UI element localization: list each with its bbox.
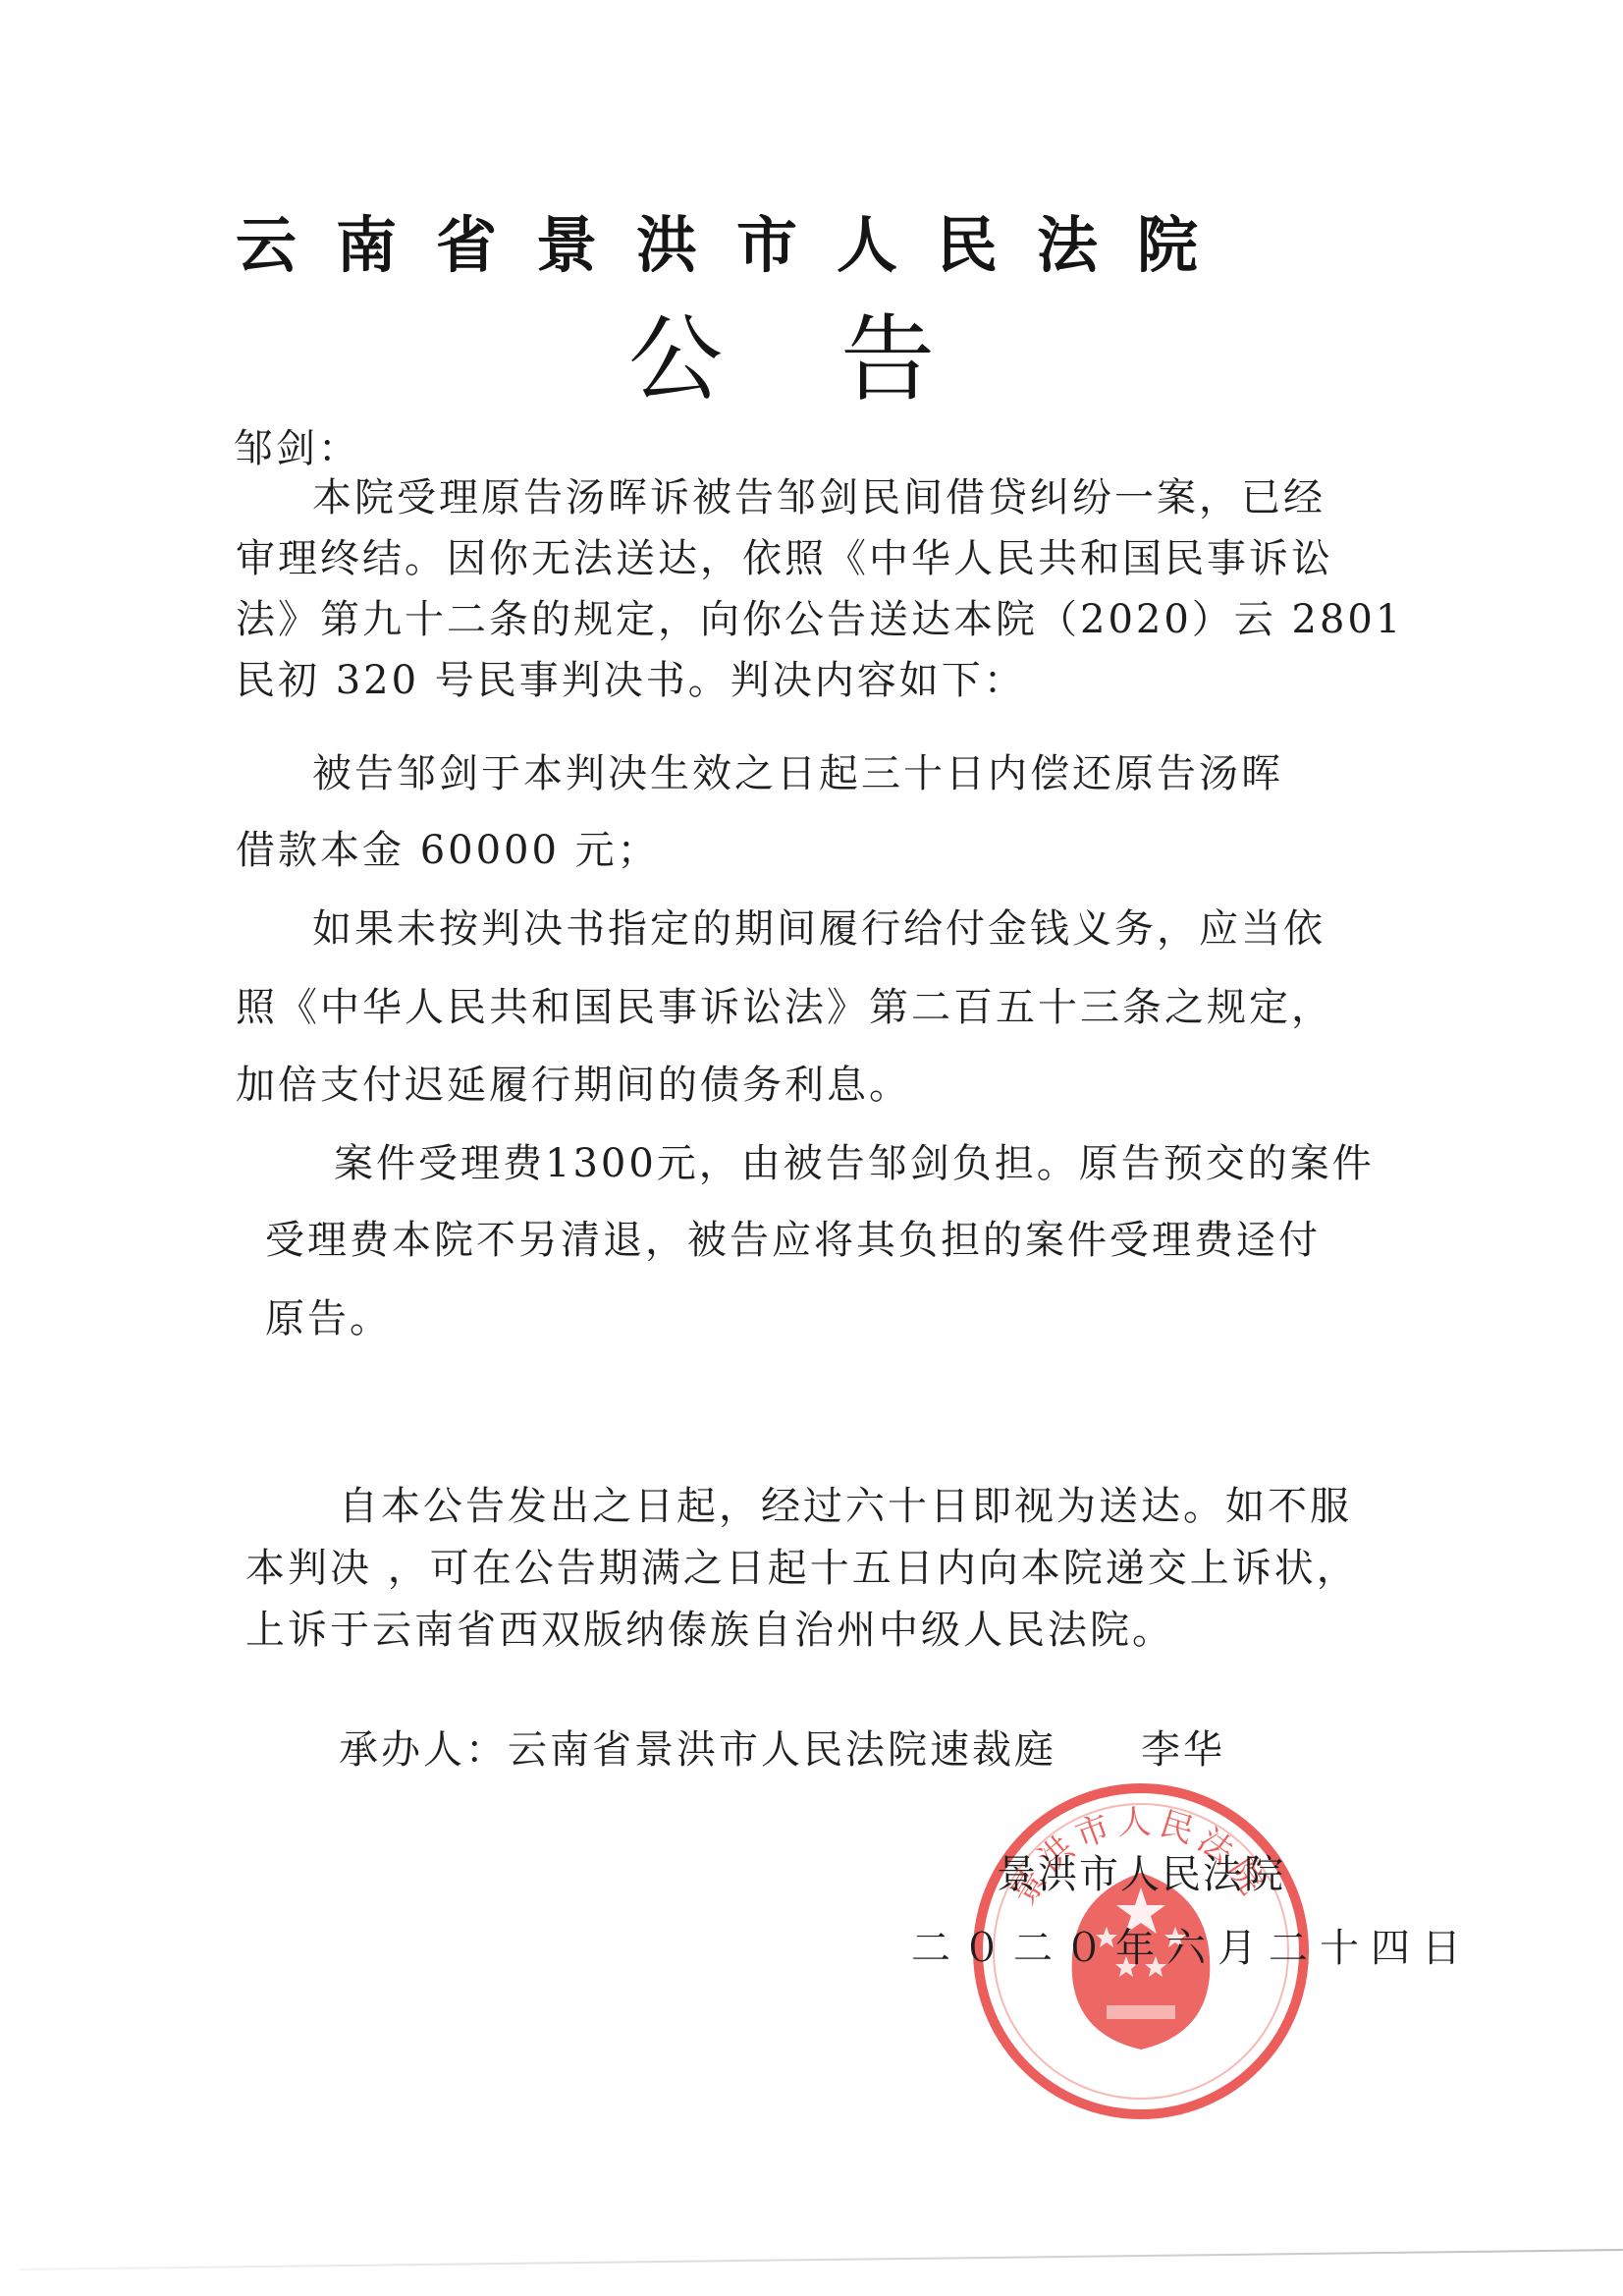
document-title: 公告 — [628, 285, 1053, 419]
text-line: 如果未按判决书指定的期间履行给付金钱义务，应当依 — [312, 898, 1325, 954]
court-name: 云南省景洪市人民法院 — [236, 196, 1237, 284]
text-line: 本院受理原告汤晖诉被告邹剑民间借贷纠纷一案，已经 — [312, 466, 1325, 522]
handler-name: 李华 — [1141, 1719, 1225, 1775]
text-line: 案件受理费1300元，由被告邹剑负担。原告预交的案件 — [334, 1132, 1375, 1188]
text-line: 受理费本院不另清退，被告应将其负担的案件受理费迳付 — [265, 1209, 1321, 1265]
text-line: 本判决 ，可在公告期满之日起十五日内向本院递交上诉状， — [245, 1537, 1359, 1593]
text-line: 加倍支付迟延履行期间的债务利息。 — [236, 1054, 911, 1110]
text-line: 审理终结。因你无法送达，依照《中华人民共和国民事诉讼 — [236, 527, 1333, 583]
text-line: 民初 320 号民事判决书。判决内容如下： — [236, 649, 1026, 705]
text-line: 上诉于云南省西双版纳傣族自治州中级人民法院。 — [245, 1599, 1174, 1655]
text-line: 照《中华人民共和国民事诉讼法》第二百五十三条之规定， — [236, 976, 1333, 1032]
addressee: 邹剑： — [234, 417, 360, 473]
signature-court: 景洪市人民法院 — [997, 1843, 1285, 1899]
signature-date: 二０二０年六月二十四日 — [911, 1917, 1473, 1973]
text-line: 自本公告发出之日起，经过六十日即视为送达。如不服 — [339, 1475, 1352, 1531]
scan-edge-line — [20, 2249, 1623, 2270]
text-line: 法》第九十二条的规定，向你公告送达本院（2020）云 2801 — [236, 588, 1403, 644]
text-line: 借款本金 60000 元； — [236, 819, 660, 875]
text-line: 原告。 — [265, 1287, 392, 1343]
handler-label: 承办人：云南省景洪市人民法院速裁庭 — [339, 1719, 1056, 1775]
text-line: 被告邹剑于本判决生效之日起三十日内偿还原告汤晖 — [312, 742, 1283, 798]
